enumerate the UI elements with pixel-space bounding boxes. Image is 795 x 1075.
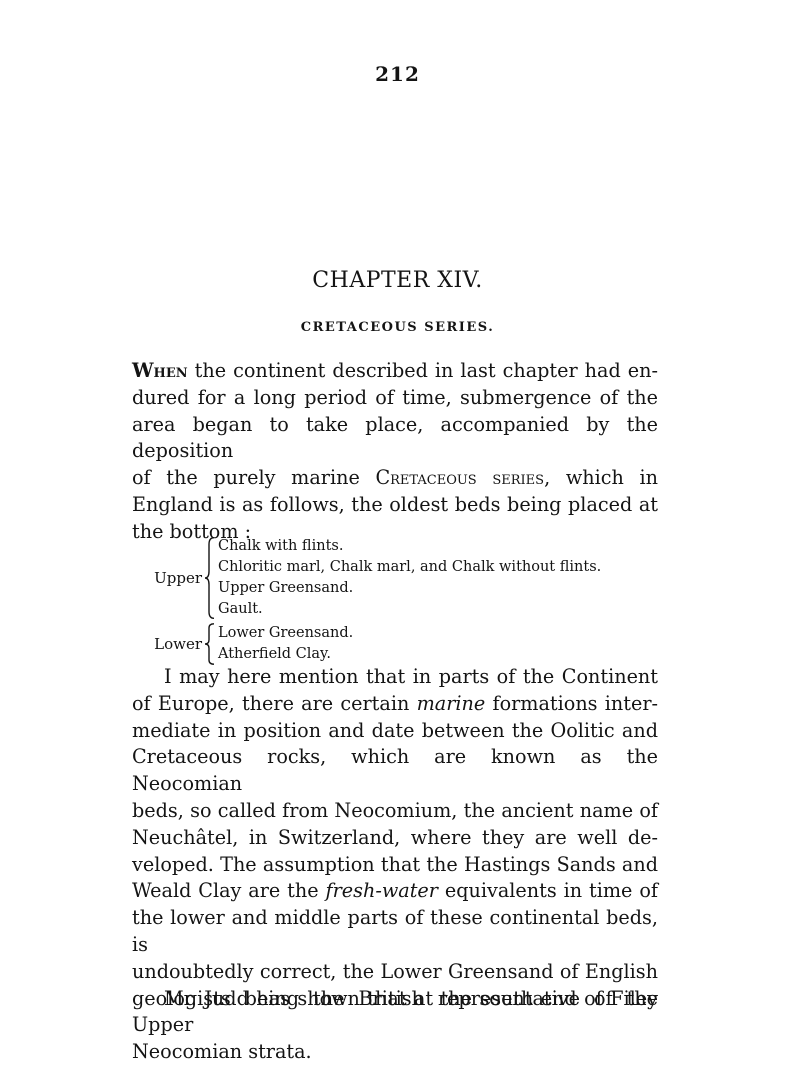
lead-word: When bbox=[132, 359, 188, 382]
text-span: the continent described in last chapter … bbox=[188, 359, 658, 382]
strata-item: Upper Greensand. bbox=[218, 578, 601, 599]
text-line: dured for a long period of time, submerg… bbox=[132, 385, 658, 412]
strata-item: Lower Greensand. bbox=[218, 623, 353, 644]
italic-term: marine bbox=[417, 692, 486, 715]
strata-group-upper: Upper Chalk with flints. Chloritic marl,… bbox=[150, 536, 670, 620]
text-line: Mr. Judd has shown that at the south end… bbox=[132, 986, 658, 1013]
text-line: of the purely marine Cretaceous series, … bbox=[132, 465, 658, 492]
strata-item: Chalk with flints. bbox=[218, 536, 601, 557]
strata-group-lower: Lower Lower Greensand. Atherfield Clay. bbox=[150, 623, 670, 665]
strata-item: Atherfield Clay. bbox=[218, 644, 353, 665]
chapter-subtitle: CRETACEOUS SERIES. bbox=[0, 320, 795, 335]
text-span: equivalents in time of bbox=[438, 879, 658, 902]
text-line: beds, so called from Neocomium, the anci… bbox=[132, 798, 658, 825]
text-span: of the purely marine bbox=[132, 466, 375, 489]
text-span: , which in bbox=[544, 466, 658, 489]
text-line: Neuchâtel, in Switzerland, where they ar… bbox=[132, 825, 658, 852]
strata-items: Lower Greensand. Atherfield Clay. bbox=[216, 623, 353, 665]
page-number: 212 bbox=[0, 62, 795, 86]
group-label: Upper bbox=[150, 568, 204, 589]
paragraph-intro: When the continent described in last cha… bbox=[132, 358, 658, 546]
text-line: area began to take place, accompanied by… bbox=[132, 412, 658, 466]
curly-brace-icon bbox=[204, 536, 216, 620]
curly-brace-icon bbox=[204, 623, 216, 665]
strata-table: Upper Chalk with flints. Chloritic marl,… bbox=[150, 536, 670, 668]
text-span: Weald Clay are the bbox=[132, 879, 326, 902]
text-line: mediate in position and date between the… bbox=[132, 718, 658, 745]
text-line: When the continent described in last cha… bbox=[132, 358, 658, 385]
text-line: undoubtedly correct, the Lower Greensand… bbox=[132, 959, 658, 986]
text-line: the lower and middle parts of these cont… bbox=[132, 905, 658, 959]
text-span: formations inter- bbox=[485, 692, 658, 715]
strata-items: Chalk with flints. Chloritic marl, Chalk… bbox=[216, 536, 601, 620]
strata-item: Gault. bbox=[218, 599, 601, 620]
strata-item: Chloritic marl, Chalk marl, and Chalk wi… bbox=[218, 557, 601, 578]
paragraph-judd: Mr. Judd has shown that at the south end… bbox=[132, 986, 658, 1013]
text-line: Weald Clay are the fresh-water equivalen… bbox=[132, 878, 658, 905]
text-line: of Europe, there are certain marine form… bbox=[132, 691, 658, 718]
text-line: England is as follows, the oldest beds b… bbox=[132, 492, 658, 519]
chapter-title: CHAPTER XIV. bbox=[0, 268, 795, 293]
smallcaps-term: Cretaceous series bbox=[375, 466, 544, 489]
text-line: I may here mention that in parts of the … bbox=[132, 664, 658, 691]
text-span: of Europe, there are certain bbox=[132, 692, 417, 715]
italic-term: fresh-water bbox=[326, 879, 438, 902]
text-line: veloped. The assumption that the Hasting… bbox=[132, 852, 658, 879]
text-line: Cretaceous rocks, which are known as the… bbox=[132, 744, 658, 798]
group-label: Lower bbox=[150, 634, 204, 655]
text-line: Neocomian strata. bbox=[132, 1039, 658, 1066]
